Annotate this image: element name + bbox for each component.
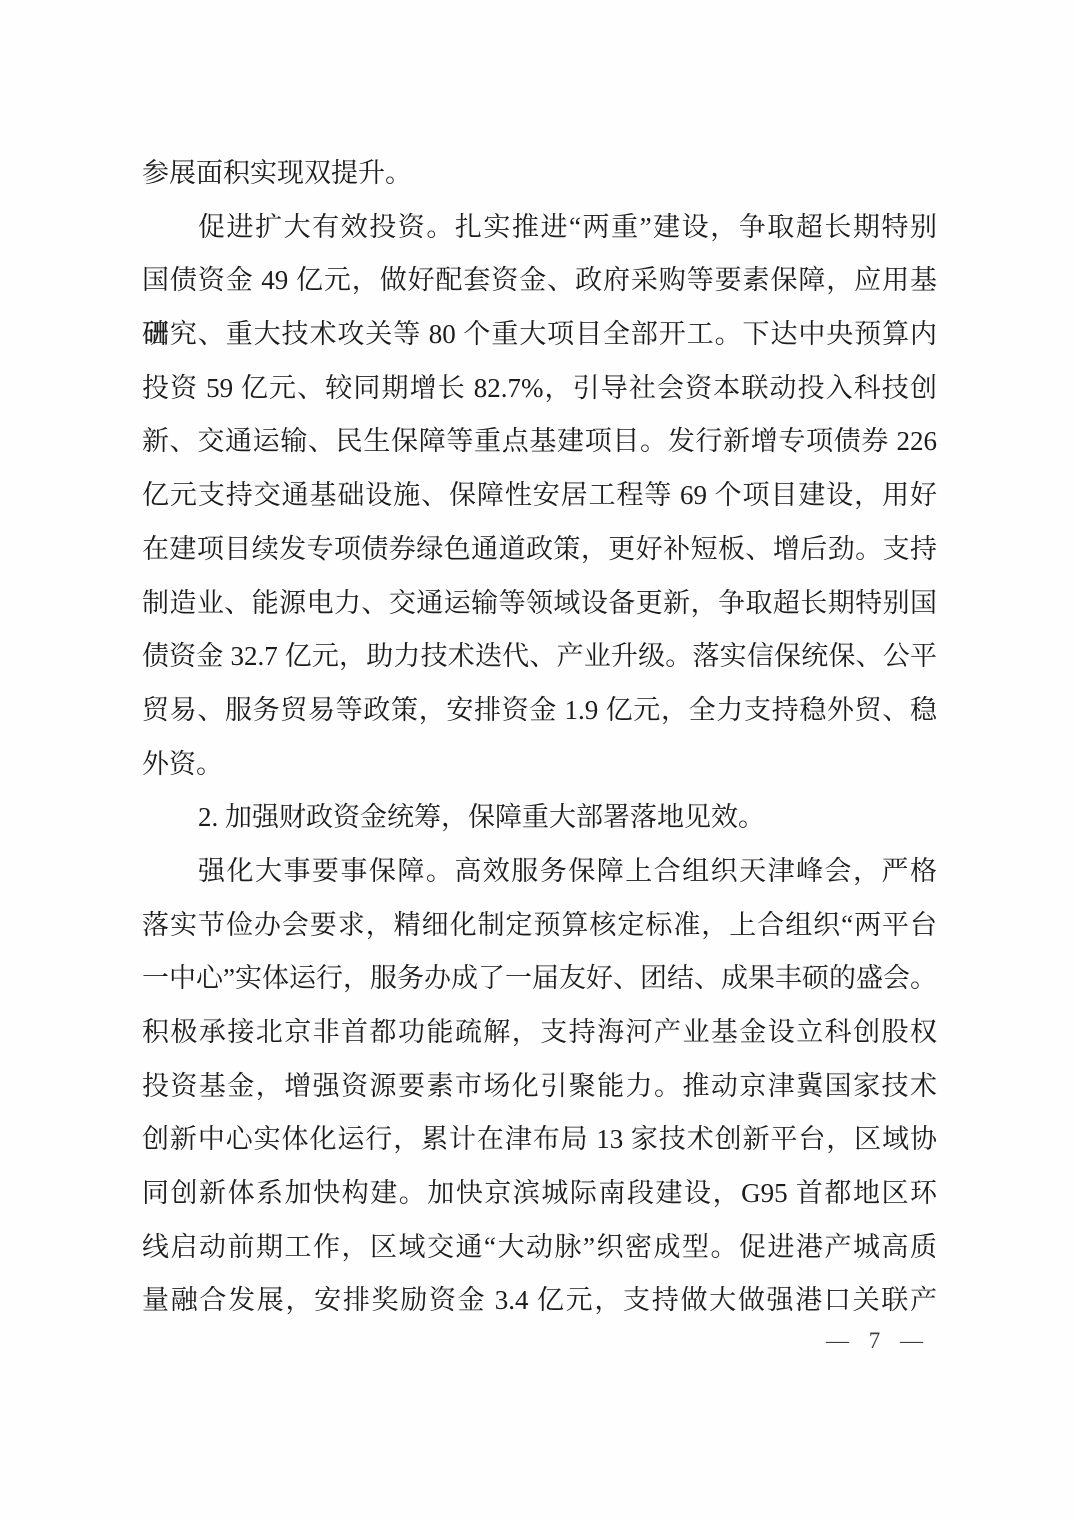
text-line: 制造业、能源电力、交通运输等领域设备更新，争取超长期特别国	[142, 577, 937, 631]
text-line: 投资基金，增强资源要素市场化引聚能力。推动京津冀国家技术	[142, 1060, 937, 1114]
page-number: — 7 —	[826, 1328, 925, 1353]
text-line: 新、交通运输、民生保障等重点基建项目。发行新增专项债券 226	[142, 415, 937, 469]
text-line: 2. 加强财政资金统筹，保障重大部署落地见效。	[142, 791, 937, 845]
document-page: 参展面积实现双提升。促进扩大有效投资。扎实推进“两重”建设，争取超长期特别国债资…	[0, 0, 1074, 1520]
text-line: 一中心”实体运行，服务办成了一届友好、团结、成果丰硕的盛会。	[142, 952, 937, 1006]
text-line: 亿元支持交通基础设施、保障性安居工程等 69 个项目建设，用好	[142, 469, 937, 523]
text-line: 积极承接北京非首都功能疏解，支持海河产业基金设立科创股权	[142, 1006, 937, 1060]
text-line: 贸易、服务贸易等政策，安排资金 1.9 亿元，全力支持稳外贸、稳	[142, 684, 937, 738]
text-line: 量融合发展，安排奖励资金 3.4 亿元，支持做大做强港口关联产	[142, 1274, 937, 1328]
text-line: 参展面积实现双提升。	[142, 147, 937, 201]
text-line: 促进扩大有效投资。扎实推进“两重”建设，争取超长期特别	[142, 201, 937, 255]
text-line: 在建项目续发专项债券绿色通道政策，更好补短板、增后劲。支持	[142, 523, 937, 577]
text-line: 同创新体系加快构建。加快京滨城际南段建设，G95 首都地区环	[142, 1167, 937, 1221]
text-line: 落实节俭办会要求，精细化制定预算核定标准，上合组织“两平台	[142, 899, 937, 953]
text-line: 债资金 32.7 亿元，助力技术迭代、产业升级。落实信保统保、公平	[142, 630, 937, 684]
document-body: 参展面积实现双提升。促进扩大有效投资。扎实推进“两重”建设，争取超长期特别国债资…	[142, 147, 937, 1328]
text-line: 线启动前期工作，区域交通“大动脉”织密成型。促进港产城高质	[142, 1221, 937, 1275]
page-footer: — 7 —	[826, 1328, 925, 1354]
text-line: 创新中心实体化运行，累计在津布局 13 家技术创新平台，区域协	[142, 1113, 937, 1167]
text-line: 投资 59 亿元、较同期增长 82.7%，引导社会资本联动投入科技创	[142, 362, 937, 416]
text-line: 外资。	[142, 738, 937, 792]
text-line: 强化大事要事保障。高效服务保障上合组织天津峰会，严格	[142, 845, 937, 899]
text-line: 国债资金 49 亿元，做好配套资金、政府采购等要素保障，应用基础	[142, 254, 937, 308]
text-line: 研究、重大技术攻关等 80 个重大项目全部开工。下达中央预算内	[142, 308, 937, 362]
